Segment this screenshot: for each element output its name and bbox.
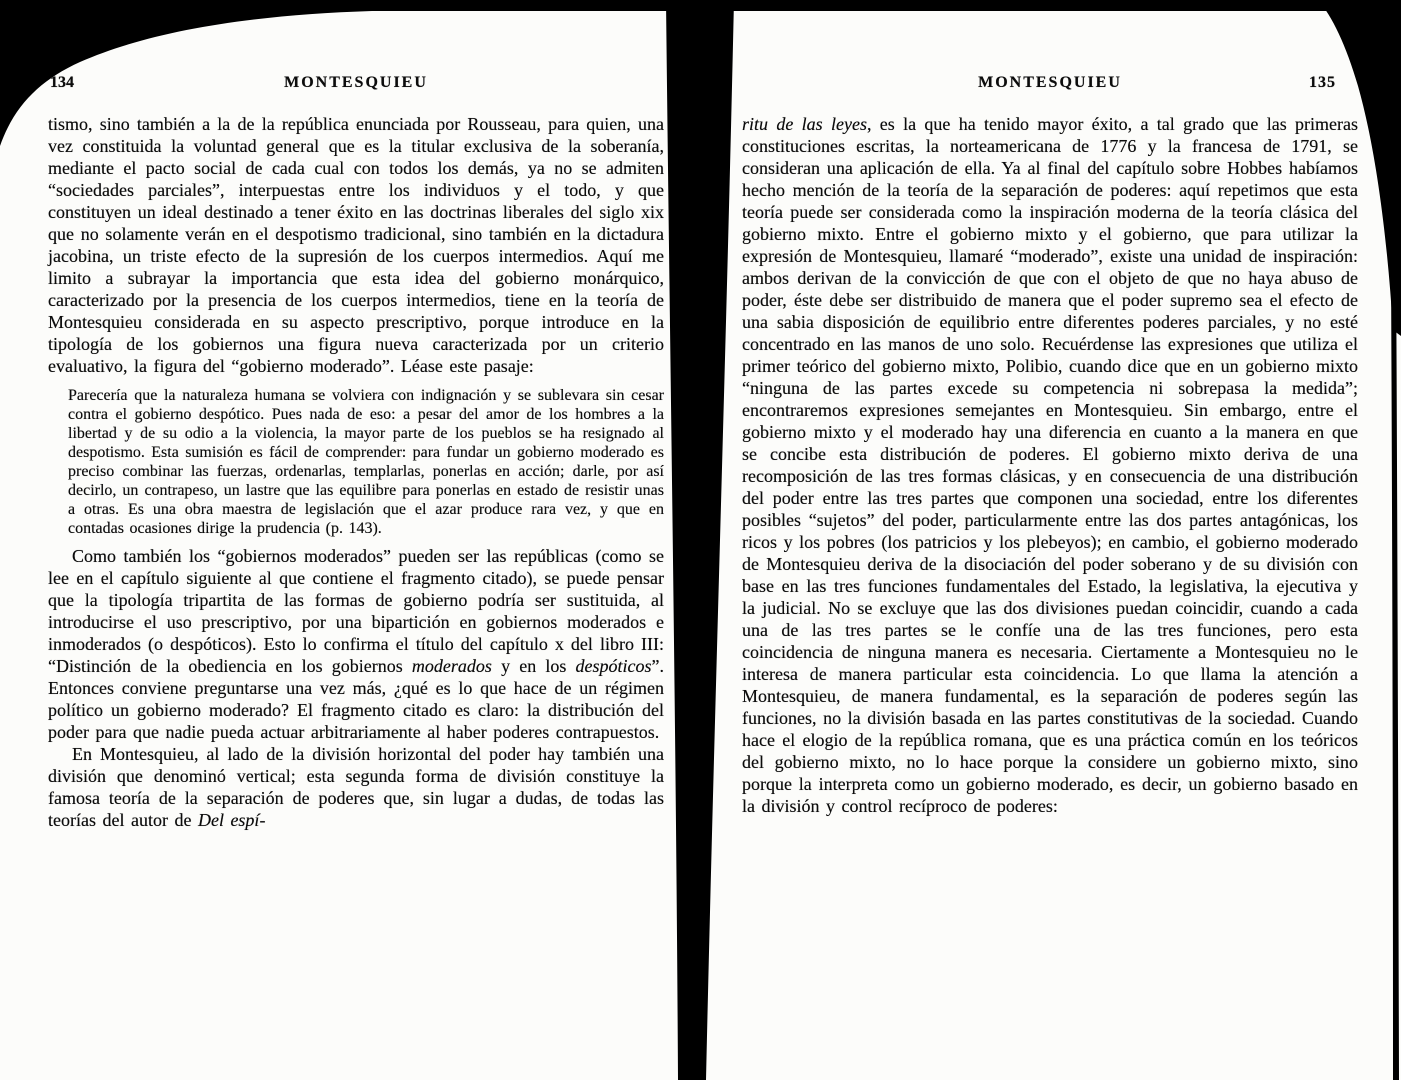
paragraph: En Montesquieu, al lado de la división h… <box>48 743 664 831</box>
left-page: 134 MONTESQUIEU tismo, sino también a la… <box>48 0 664 1080</box>
right-page: MONTESQUIEU 135 ritu de las leyes, es la… <box>742 0 1358 1080</box>
text-run: tismo, sino también a la de la república… <box>48 114 664 376</box>
running-head: MONTESQUIEU <box>48 74 664 92</box>
left-page-header: 134 MONTESQUIEU <box>48 74 664 100</box>
right-page-header: MONTESQUIEU 135 <box>742 74 1358 100</box>
page-number: 134 <box>50 74 74 92</box>
italic-run: ritu de las leyes <box>742 114 867 134</box>
block-quote: Parecería que la naturaleza humana se vo… <box>68 386 664 538</box>
text-run: , es la que ha tenido mayor éxito, a tal… <box>742 114 1358 816</box>
page-number: 135 <box>1309 74 1336 92</box>
text-run: En Montesquieu, al lado de la división h… <box>48 744 664 830</box>
paragraph: tismo, sino también a la de la república… <box>48 113 664 377</box>
running-head: MONTESQUIEU <box>742 74 1358 92</box>
paragraph: ritu de las leyes, es la que ha tenido m… <box>742 113 1358 817</box>
italic-run: moderados <box>412 656 492 676</box>
italic-run: despóticos <box>576 656 652 676</box>
paragraph: Como también los “gobiernos moderados” p… <box>48 545 664 743</box>
right-edge-shadow <box>1390 80 1399 1080</box>
text-run: y en los <box>492 656 576 676</box>
text-run: Parecería que la naturaleza humana se vo… <box>68 387 664 537</box>
left-page-body: tismo, sino también a la de la república… <box>48 113 664 831</box>
book-scan: 134 MONTESQUIEU tismo, sino también a la… <box>0 0 1401 1080</box>
right-page-body: ritu de las leyes, es la que ha tenido m… <box>742 113 1358 817</box>
italic-run: Del espí- <box>198 810 265 830</box>
gutter-shadow <box>666 0 734 1080</box>
